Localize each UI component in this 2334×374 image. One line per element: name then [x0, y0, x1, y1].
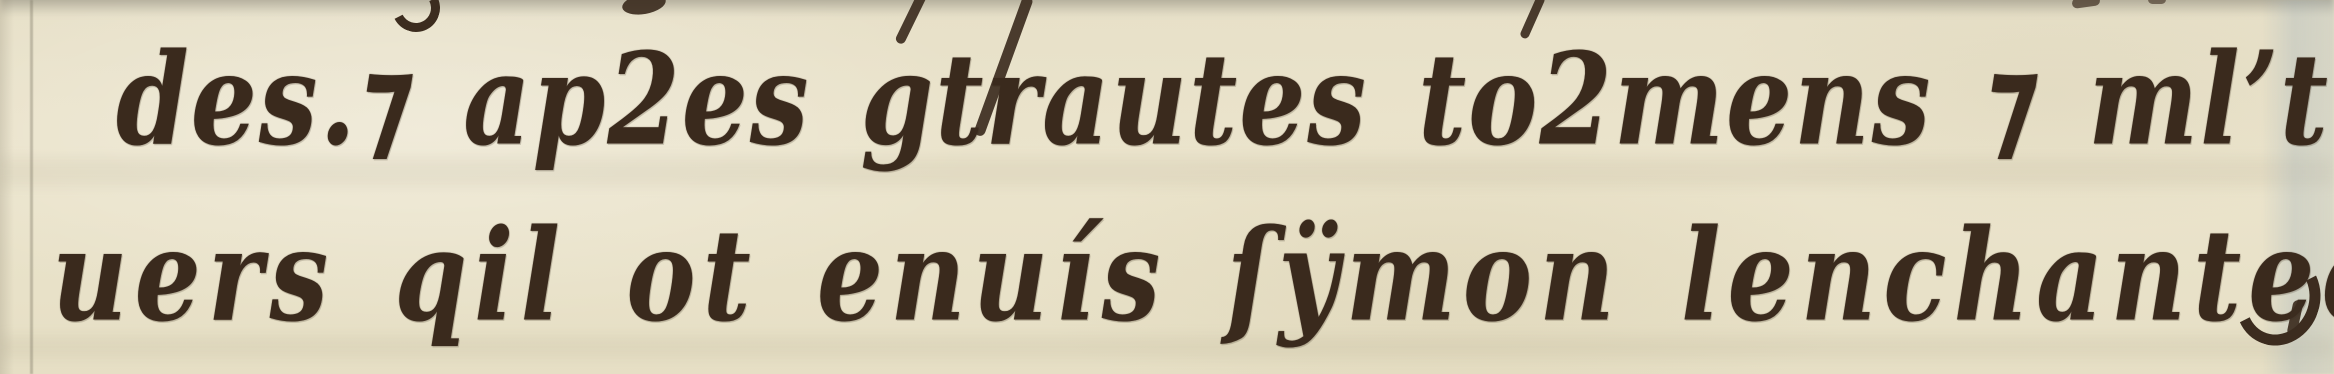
text-line-2: uers qil ot enuís ſÿmon lenchanteo2 — [52, 200, 2334, 350]
manuscript-page: des.⁊ ap2es gtrautes to2mens ⁊ mlʼt di/ … — [0, 0, 2334, 374]
line2-text: uers qil ot enuís ſÿmon lenchanteo2 — [52, 200, 2334, 350]
text-line-1: des.⁊ ap2es gtrautes to2mens ⁊ mlʼt di/ — [116, 24, 2334, 174]
left-ruling-line — [30, 0, 33, 374]
prevline-ink-mark-2 — [2148, 0, 2166, 4]
line1-text: des.⁊ ap2es gtrautes to2mens ⁊ mlʼt di — [116, 24, 2334, 174]
previous-line-shadow-band — [0, 0, 2334, 16]
left-page-edge-shading — [0, 0, 14, 374]
